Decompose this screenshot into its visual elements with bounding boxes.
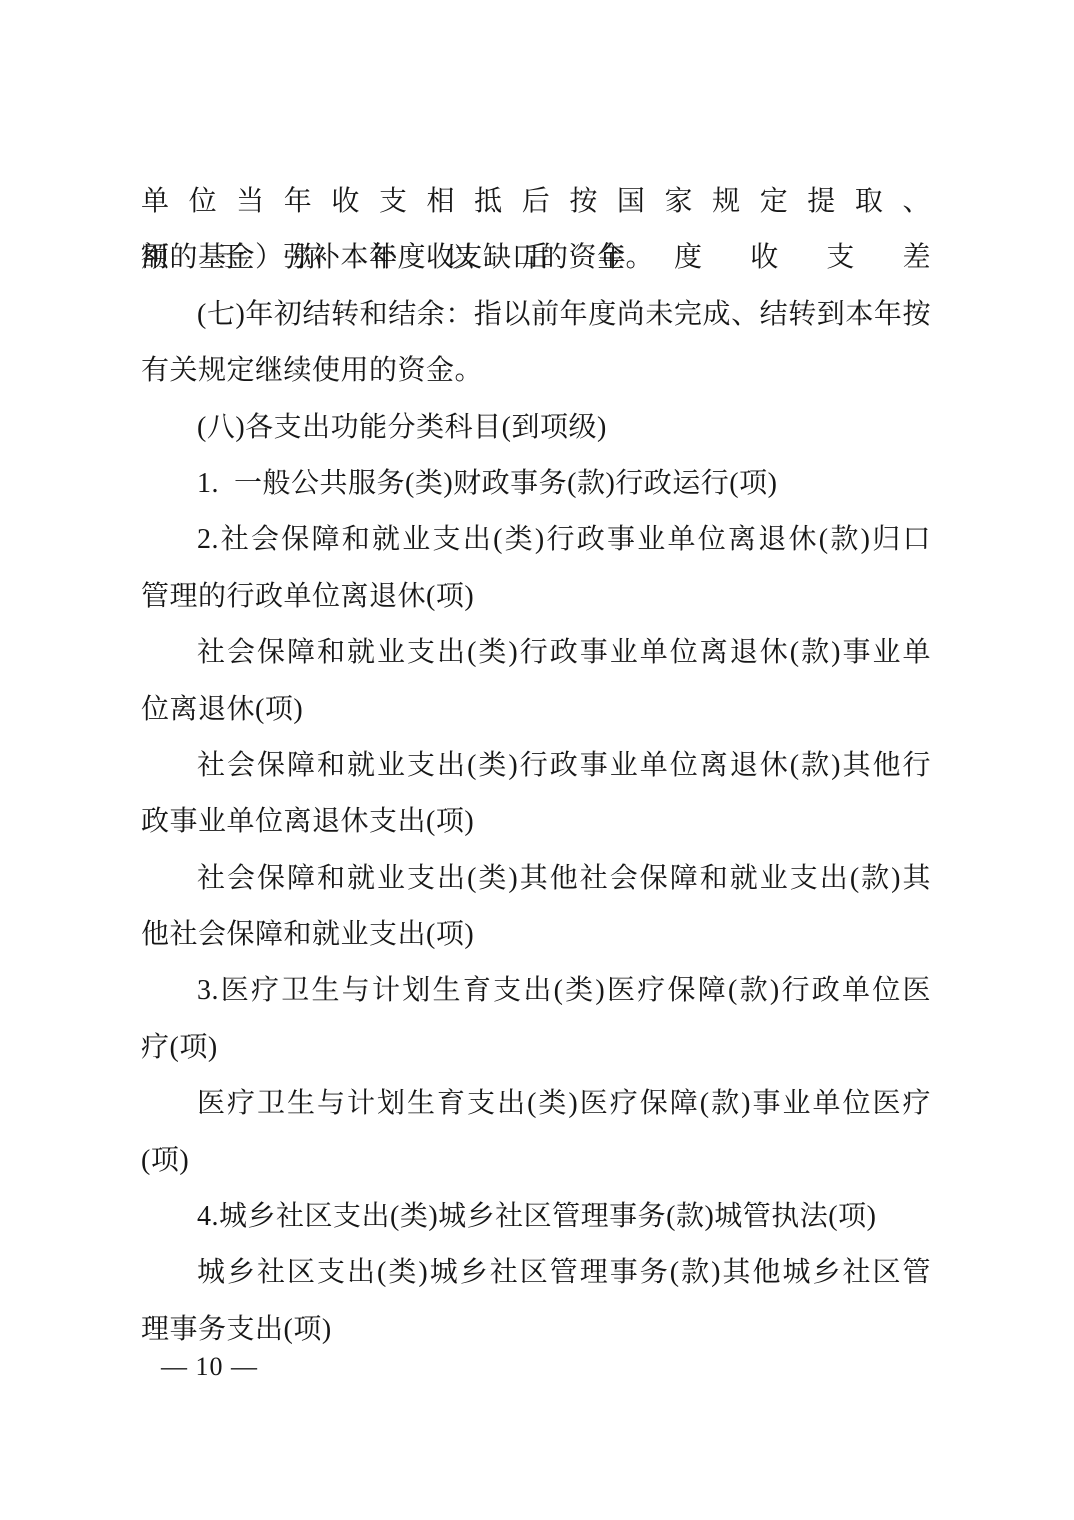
text-line: 1. 一般公共服务(类)财政事务(款)行政运行(项) bbox=[141, 456, 931, 512]
text-line: 医疗卫生与计划生育支出(类)医疗保障(款)事业单位医疗 bbox=[141, 1076, 931, 1132]
text-line: 位离退休(项) bbox=[141, 682, 931, 738]
text-line: 3.医疗卫生与计划生育支出(类)医疗保障(款)行政单位医 bbox=[141, 963, 931, 1019]
text-line: 社会保障和就业支出(类)行政事业单位离退休(款)事业单 bbox=[141, 625, 931, 681]
text-line: 有关规定继续使用的资金。 bbox=[141, 343, 931, 399]
text-line: 社会保障和就业支出(类)行政事业单位离退休(款)其他行 bbox=[141, 738, 931, 794]
text-line: 疗(项) bbox=[141, 1020, 931, 1076]
text-line: 2.社会保障和就业支出(类)行政事业单位离退休(款)归口 bbox=[141, 512, 931, 568]
document-body: 单位当年收支相抵后按国家规定提取、用于弥补以后年度收支差额的基金）弥补本年度收支… bbox=[141, 174, 931, 1358]
text-line: 他社会保障和就业支出(项) bbox=[141, 907, 931, 963]
page-number: — 10 — bbox=[161, 1352, 258, 1381]
text-line: 单位当年收支相抵后按国家规定提取、用于弥补以后年度收支差 bbox=[141, 174, 931, 230]
text-line: (七)年初结转和结余：指以前年度尚未完成、结转到本年按 bbox=[141, 287, 931, 343]
text-line: 社会保障和就业支出(类)其他社会保障和就业支出(款)其 bbox=[141, 851, 931, 907]
text-line: 4.城乡社区支出(类)城乡社区管理事务(款)城管执法(项) bbox=[141, 1189, 931, 1245]
text-line: 城乡社区支出(类)城乡社区管理事务(款)其他城乡社区管 bbox=[141, 1245, 931, 1301]
page-footer: — 10 — bbox=[161, 1352, 258, 1382]
text-line: 政事业单位离退休支出(项) bbox=[141, 794, 931, 850]
document-page: 单位当年收支相抵后按国家规定提取、用于弥补以后年度收支差额的基金）弥补本年度收支… bbox=[0, 0, 1074, 1520]
text-line: 管理的行政单位离退休(项) bbox=[141, 569, 931, 625]
text-line: (项) bbox=[141, 1133, 931, 1189]
text-line: (八)各支出功能分类科目(到项级) bbox=[141, 400, 931, 456]
text-line: 理事务支出(项) bbox=[141, 1302, 931, 1358]
